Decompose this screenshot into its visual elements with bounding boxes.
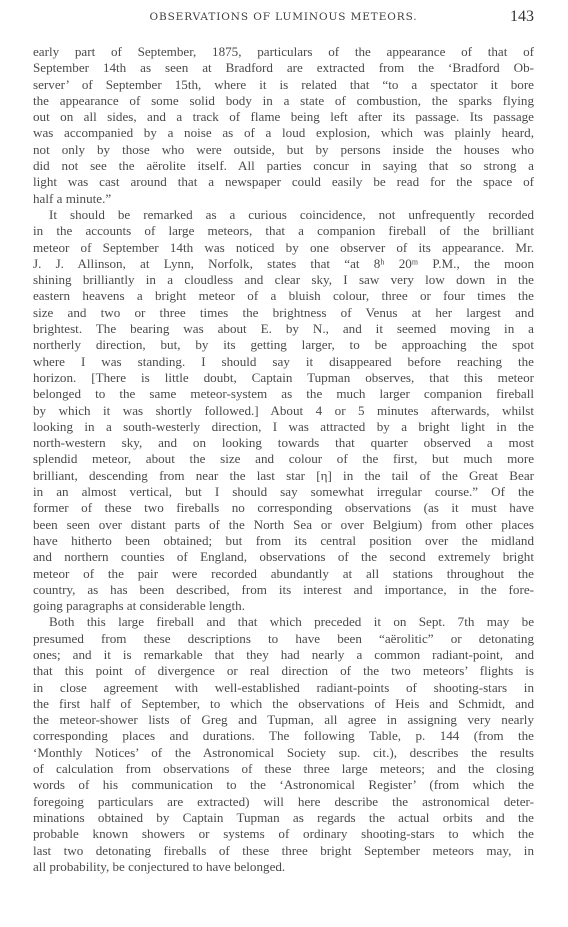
- text-line: Both this large fireball and that which …: [33, 614, 534, 630]
- text-line: brightest. The bearing was about E. by N…: [33, 321, 534, 337]
- text-line: country, as has been described, from its…: [33, 582, 534, 598]
- text-line: size and two or three times the brightne…: [33, 305, 534, 321]
- text-line: that this point of divergence or real di…: [33, 663, 534, 679]
- text-line: ‘Monthly Notices’ of the Astronomical So…: [33, 745, 534, 761]
- text-line: and northern counties of England, observ…: [33, 549, 534, 565]
- text-line: server’ of September 15th, where it is r…: [33, 77, 534, 93]
- text-line: splendid meteor, about the size and colo…: [33, 451, 534, 467]
- text-line: It should be remarked as a curious coinc…: [33, 207, 534, 223]
- text-line: last two detonating fireballs of these t…: [33, 843, 534, 859]
- text-line: not only by those who were outside, but …: [33, 142, 534, 158]
- text-line: words of his communication to the ‘Astro…: [33, 777, 534, 793]
- text-line: meteor of September 14th was noticed by …: [33, 240, 534, 256]
- text-line: northerly direction, but, by its getting…: [33, 337, 534, 353]
- text-line: probable known showers or systems of ord…: [33, 826, 534, 842]
- text-line: the appearance of some solid body in a s…: [33, 93, 534, 109]
- paragraph: early part of September, 1875, particula…: [33, 44, 534, 207]
- text-line: out on all sides, and a track of flame b…: [33, 109, 534, 125]
- page-number: 143: [510, 8, 534, 26]
- text-line: former of these two fireballs no corresp…: [33, 500, 534, 516]
- text-line: by which it was shortly followed.] About…: [33, 403, 534, 419]
- text-line: presumed from these descriptions to have…: [33, 631, 534, 647]
- text-line: early part of September, 1875, particula…: [33, 44, 534, 60]
- text-line: ones; and it is remarkable that they had…: [33, 647, 534, 663]
- text-line: did not see the aërolite itself. All par…: [33, 158, 534, 174]
- running-title: OBSERVATIONS OF LUMINOUS METEORS.: [33, 11, 534, 23]
- text-line: corresponding places and durations. The …: [33, 728, 534, 744]
- text-line: brilliant, descending from near the last…: [33, 468, 534, 484]
- text-line: the meteor-shower lists of Greg and Tupm…: [33, 712, 534, 728]
- text-line: in close agreement with well-established…: [33, 680, 534, 696]
- text-line: foregoing particulars are extracted) wil…: [33, 794, 534, 810]
- text-line: the first half of September, to which th…: [33, 696, 534, 712]
- text-line: of calculation from observations of thes…: [33, 761, 534, 777]
- text-line: in an almost vertical, but I should say …: [33, 484, 534, 500]
- text-line: shining brilliantly in a cloudless and c…: [33, 272, 534, 288]
- text-line: have hitherto been obtained; but from it…: [33, 533, 534, 549]
- paragraph: It should be remarked as a curious coinc…: [33, 207, 534, 614]
- text-line: in the accounts of large meteors, that a…: [33, 223, 534, 239]
- text-line: meteor of the pair were recorded abundan…: [33, 566, 534, 582]
- book-page: OBSERVATIONS OF LUMINOUS METEORS. 143 ea…: [0, 0, 568, 927]
- text-line: where I was standing. I should say it di…: [33, 354, 534, 370]
- text-line: light was cast around that a newspaper c…: [33, 174, 534, 190]
- running-head: OBSERVATIONS OF LUMINOUS METEORS. 143: [33, 8, 534, 26]
- text-line: looking in a south-westerly direction, I…: [33, 419, 534, 435]
- body-text: early part of September, 1875, particula…: [33, 44, 534, 875]
- text-line: eastern heavens a bright meteor of a blu…: [33, 288, 534, 304]
- paragraph: Both this large fireball and that which …: [33, 614, 534, 875]
- text-line: north-western sky, and on looking toward…: [33, 435, 534, 451]
- text-line: September 14th as seen at Bradford are e…: [33, 60, 534, 76]
- text-line: minations obtained by Captain Tupman as …: [33, 810, 534, 826]
- text-line: horizon. [There is little doubt, Captain…: [33, 370, 534, 386]
- text-line: half a minute.”: [33, 191, 534, 207]
- text-line: belonged to the same meteor-system as th…: [33, 386, 534, 402]
- text-line: going paragraphs at considerable length.: [33, 598, 534, 614]
- text-line: J. J. Allinson, at Lynn, Norfolk, states…: [33, 256, 534, 272]
- text-line: been seen over distant parts of the Nort…: [33, 517, 534, 533]
- text-line: was accompanied by a noise as of a loud …: [33, 125, 534, 141]
- text-line: all probability, be conjectured to have …: [33, 859, 534, 875]
